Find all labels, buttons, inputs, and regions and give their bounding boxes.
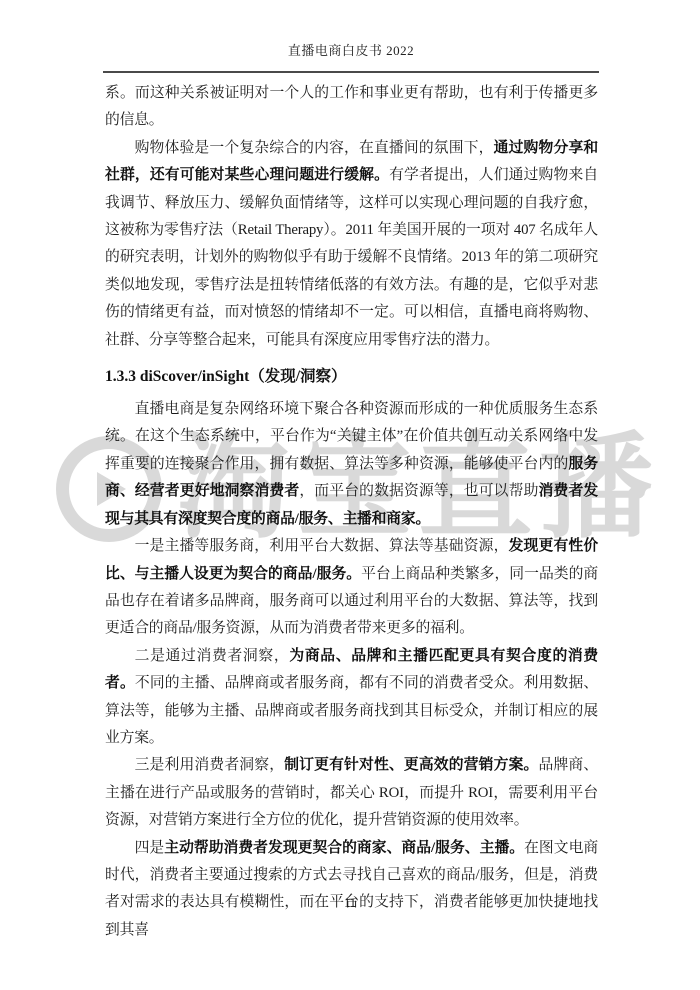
body-paragraph: 四是主动帮助消费者发现更契合的商家、商品/服务、主播。在图文电商时代，消费者主要…	[105, 835, 598, 945]
text-run: ，而平台的数据资源等，也可以帮助	[299, 483, 538, 499]
section-heading: 1.3.3 diScover/inSight（发现/洞察）	[105, 363, 598, 390]
text-run: 四是	[135, 840, 165, 856]
body-paragraph: 直播电商是复杂网络环境下聚合各种资源而形成的一种优质服务生态系统。在这个生态系统…	[105, 396, 598, 533]
header-title: 直播电商白皮书 2022	[288, 43, 414, 58]
header-divider	[103, 71, 599, 73]
text-run: 一是主播等服务商，利用平台大数据、算法等基础资源，	[135, 538, 509, 554]
body-paragraph: 一是主播等服务商，利用平台大数据、算法等基础资源，发现更有性价比、与主播人设更为…	[105, 533, 598, 643]
page-header: 直播电商白皮书 2022	[104, 40, 598, 59]
text-run: 二是通过消费者洞察，	[135, 648, 290, 664]
text-run: 系。而这种关系被证明对一个人的工作和事业更有帮助，也有利于传播更多的信息。	[105, 85, 598, 128]
body-paragraph: 三是利用消费者洞察，制订更有针对性、更高效的营销方案。品牌商、主播在进行产品或服…	[105, 752, 598, 834]
text-run: 1.3.3 diScover/inSight（发现/洞察）	[105, 368, 347, 385]
text-run: 有学者提出，人们通过购物来自我调节、释放压力、缓解负面情绪等，这样可以实现心理问…	[105, 167, 598, 347]
text-run: 三是利用消费者洞察，	[135, 757, 285, 773]
body-paragraph: 系。而这种关系被证明对一个人的工作和事业更有帮助，也有利于传播更多的信息。	[105, 80, 598, 135]
text-run: 购物体验是一个复杂综合的内容，在直播间的氛围下，	[135, 140, 494, 156]
text-run: 不同的主播、品牌商或者服务商，都有不同的消费者受众。利用数据、算法等，能够为主播…	[105, 675, 598, 746]
body-paragraph: 二是通过消费者洞察，为商品、品牌和主播匹配更具有契合度的消费者。不同的主播、品牌…	[105, 643, 598, 753]
text-run: 制订更有针对性、更高效的营销方案。	[284, 757, 538, 773]
text-run: 直播电商是复杂网络环境下聚合各种资源而形成的一种优质服务生态系统。在这个生态系统…	[105, 401, 598, 472]
document-page: 直播电商白皮书 2022 淘宝直播 系。而这种关系被证明对一个人的工作和事业更有…	[0, 0, 700, 990]
body-paragraph: 购物体验是一个复杂综合的内容，在直播间的氛围下，通过购物分享和社群，还有可能对某…	[105, 135, 598, 354]
document-body: 系。而这种关系被证明对一个人的工作和事业更有帮助，也有利于传播更多的信息。购物体…	[105, 80, 598, 944]
text-run: 主动帮助消费者发现更契合的商家、商品/服务、主播。	[164, 840, 524, 856]
